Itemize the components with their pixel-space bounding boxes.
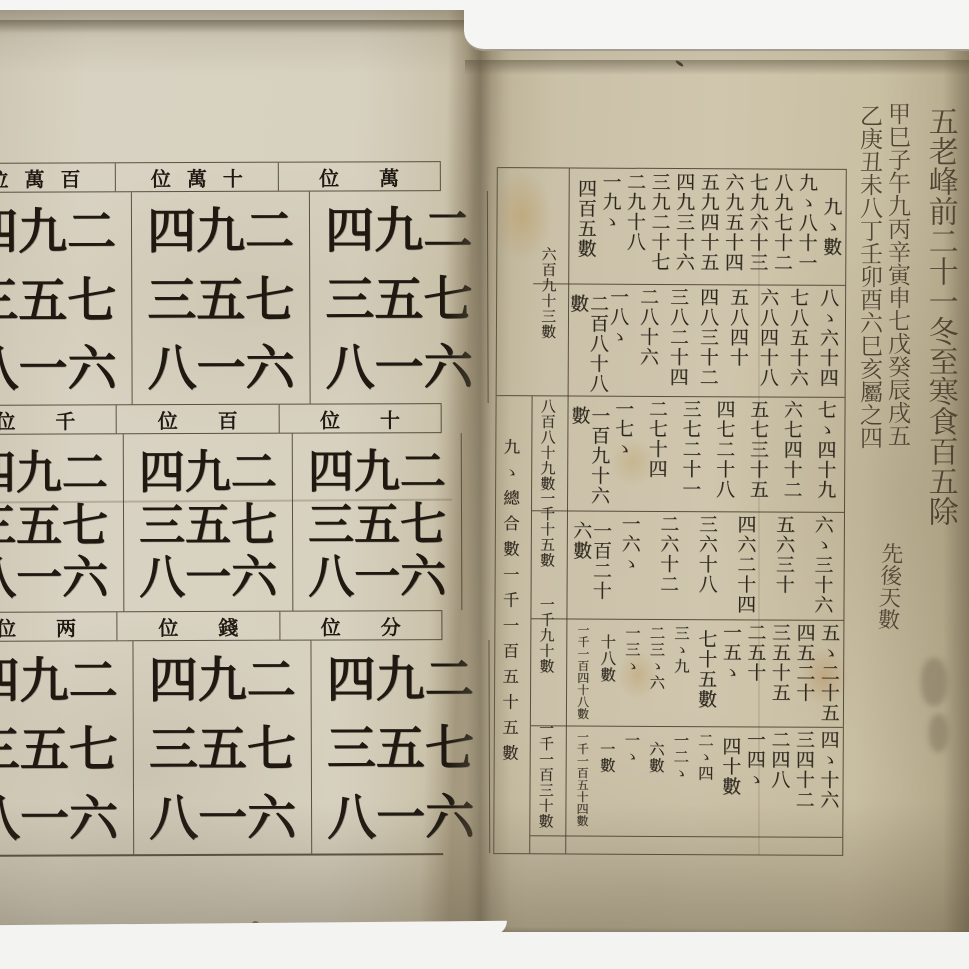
product-column-text: 六九五十四 xyxy=(722,172,743,284)
magic-square-cell: 四九二三五七八一六 xyxy=(0,434,124,612)
place-value-header-char: 百 xyxy=(60,163,80,192)
row-total-column-text: 四十數 xyxy=(719,729,739,836)
product-column-text: 四六二十四 xyxy=(734,514,754,619)
product-column-text: 七八五十六 xyxy=(787,288,808,397)
margin-note-phrase: 甲巳子午九 xyxy=(884,102,910,217)
square-digit: 二 xyxy=(423,206,472,255)
product-column-text: 九ゝ八十一 xyxy=(795,173,816,285)
times-band: 九ゝ數九ゝ八十一八九七十二七九六十三六九五十四五九四十五四九三十六三九二十七二九… xyxy=(570,168,845,284)
product-column-text: 七九六十三 xyxy=(746,172,767,284)
square-digit: 二 xyxy=(231,449,277,495)
product-column: 一八ゝ xyxy=(602,287,633,396)
product-column: 五七三十五 xyxy=(740,399,774,511)
place-value-header: 位萬十 xyxy=(116,163,278,192)
product-column: 一六ゝ xyxy=(609,514,648,619)
square-digits-row: 三五七 xyxy=(139,501,277,547)
product-column-text: 二五十 xyxy=(744,622,764,726)
square-digit: 二 xyxy=(245,207,294,256)
square-digit: 六 xyxy=(424,343,473,392)
square-digit: 六 xyxy=(67,344,116,393)
place-value-header-char: 十 xyxy=(380,404,400,433)
product-column-text: 六七四十二 xyxy=(780,400,801,512)
product-column: 四七二十八 xyxy=(706,399,740,511)
product-column: 三五十五 xyxy=(766,623,791,727)
place-value-header-char: 位 xyxy=(0,163,9,192)
place-value-header: 位錢 xyxy=(118,612,280,641)
square-digit: 三 xyxy=(149,725,198,774)
square-digit: 七 xyxy=(62,502,108,548)
product-column: 六ゝ三十六 xyxy=(802,515,841,620)
margin-mnemonic-column-2: 乙庚丑未八丁壬卯酉六巳亥屬之四 xyxy=(856,104,882,449)
margin-note-phrase: 乙庚丑未八 xyxy=(856,104,882,219)
row-total-column: 二百八十八數 xyxy=(572,286,603,395)
product-column-text: 八ゝ六十四 xyxy=(817,288,838,397)
place-value-header-char: 位 xyxy=(0,612,16,641)
cumulative-inline-total: 一千一百四十八數 xyxy=(570,621,595,725)
product-column-text: 五八四十 xyxy=(727,287,748,396)
place-value-header-char: 两 xyxy=(56,612,76,641)
product-column-text: 三八二十四 xyxy=(667,287,688,396)
square-digit: 一 xyxy=(376,793,425,842)
magic-square-cell: 四九二三五七八一六 xyxy=(310,191,489,404)
square-digit: 三 xyxy=(139,502,185,548)
product-column: 五九四十五 xyxy=(695,172,720,284)
square-digit: 四 xyxy=(308,448,354,494)
square-digit: 八 xyxy=(139,554,185,600)
row-total-column-text: 四百五數 xyxy=(574,171,595,283)
place-value-header: 位萬 xyxy=(278,162,440,191)
grand-total-text: 九ゝ總合數一千一百五十五數 xyxy=(500,438,518,770)
magic-square-cell: 四九二三五七八一六 xyxy=(0,641,134,855)
product-column: 七ゝ四十九 xyxy=(807,400,841,512)
product-column-text: 八九七十二 xyxy=(771,173,792,285)
square-digit: 六 xyxy=(400,553,446,599)
product-column-text: 二六十二 xyxy=(657,514,677,619)
page-top-edge-shadow xyxy=(0,20,470,33)
product-column-text: 一七ゝ xyxy=(612,399,633,511)
cumulative-total: 六百九十三數 xyxy=(540,246,557,339)
product-column: 五ゝ二十五 xyxy=(815,623,840,727)
magic-square-cell: 四九二三五七八一六 xyxy=(293,433,463,611)
square-digit: 九 xyxy=(16,449,62,495)
times-band: 八ゝ六十四七八五十六六八四十八五八四十四八三十二三八二十四二八十六一八ゝ二百八十… xyxy=(570,283,845,396)
cumulative-total: 一千十五數 xyxy=(539,490,556,568)
square-digit: 三 xyxy=(325,275,374,324)
cumulative-inline-total-text: 一千一百五十四數 xyxy=(575,729,588,836)
square-digits-row: 八一六 xyxy=(326,343,473,393)
product-column: 九ゝ八十一 xyxy=(793,173,818,285)
product-column-text: 四七二十八 xyxy=(713,399,734,511)
product-column: 八九七十二 xyxy=(769,173,794,285)
square-digit: 二 xyxy=(247,656,296,705)
square-digits-row: 四九二 xyxy=(0,207,116,257)
square-digits-row: 四九二 xyxy=(147,207,294,257)
cumulative-total: 一千一百三十數 xyxy=(537,720,554,829)
square-digits-row: 八一六 xyxy=(149,794,296,844)
product-column: 四五二十 xyxy=(791,623,816,727)
square-digit: 一 xyxy=(20,794,69,843)
product-column-text: 二四八 xyxy=(768,730,788,837)
product-column: 一五ゝ xyxy=(717,622,742,726)
square-digits-row: 四九二 xyxy=(149,656,296,706)
square-digit: 三 xyxy=(0,726,20,775)
square-digit: 四 xyxy=(325,206,374,255)
row-total-column-text: 一百二十六數 xyxy=(570,513,610,618)
place-value-header-row: 位萬百位萬十位萬 xyxy=(0,161,441,192)
product-column: 六八四十八 xyxy=(752,287,783,396)
square-digit: 五 xyxy=(198,725,247,774)
place-value-header-char: 萬 xyxy=(24,163,44,192)
margin-note-phrase: 丙辛寅申七 xyxy=(884,217,910,332)
square-digit: 六 xyxy=(62,554,108,600)
product-column-text: 二八十六 xyxy=(637,287,658,396)
small-total-column: 一數 xyxy=(594,729,619,836)
small-product-column-text: 一二ゝ xyxy=(672,729,689,836)
square-digit: 六 xyxy=(69,794,118,843)
small-product-column: 二ゝ四 xyxy=(692,729,717,836)
place-value-header-row: 位千位百位十 xyxy=(0,403,442,434)
product-column: 七八五十六 xyxy=(782,288,813,397)
product-column-text: 五七三十五 xyxy=(747,399,768,511)
square-digit: 五 xyxy=(16,502,62,548)
square-digit: 八 xyxy=(327,793,376,842)
square-digit: 七 xyxy=(425,724,474,773)
cumulative-total: 一千九十數 xyxy=(538,596,555,674)
place-value-header-char: 位 xyxy=(321,611,341,640)
place-value-header-char: 千 xyxy=(55,405,75,434)
square-digits-row: 八一六 xyxy=(0,344,117,394)
square-digit: 一 xyxy=(18,344,67,393)
square-digit: 一 xyxy=(354,553,400,599)
row-total-column: 四十數 xyxy=(717,729,742,836)
margin-note-phrase: 戊癸辰戌五 xyxy=(884,332,910,447)
margin-note-phrase: 丁壬卯酉六 xyxy=(856,219,882,334)
product-column: 三四十二 xyxy=(790,730,815,837)
place-value-header: 位千 xyxy=(0,405,117,434)
square-digit: 九 xyxy=(18,207,67,256)
square-digit: 七 xyxy=(423,275,472,324)
square-digit: 八 xyxy=(0,555,16,601)
cumulative-inline-total: 一千一百五十四數 xyxy=(569,728,594,835)
square-digit: 五 xyxy=(376,724,425,773)
margin-note-label: 先後天數 xyxy=(874,541,904,630)
place-value-header-char: 位 xyxy=(151,163,171,192)
square-digit: 二 xyxy=(425,655,474,704)
page-top-edge-shadow xyxy=(465,60,969,75)
small-product-column-text: 二三ゝ六 xyxy=(648,622,665,726)
square-digit: 九 xyxy=(20,656,69,705)
product-column-text: 一六ゝ xyxy=(618,514,638,619)
manuscript-photo: 位萬百位萬十位萬四九二三五七八一六四九二三五七八一六四九二三五七八一六位千位百位… xyxy=(0,0,969,969)
cumulative-inline-total-text: 一千一百四十八數 xyxy=(576,622,589,726)
square-digit: 二 xyxy=(62,449,108,495)
product-column: 二八十六 xyxy=(632,287,663,396)
place-value-header-char: 萬 xyxy=(379,162,399,191)
product-column-text: 二九十八 xyxy=(624,172,645,284)
product-column-text: 一五ゝ xyxy=(719,622,739,726)
product-column: 二四八 xyxy=(766,730,791,837)
square-digit: 八 xyxy=(149,794,198,843)
square-digit: 四 xyxy=(147,207,196,256)
square-digit: 六 xyxy=(425,793,474,842)
product-column-text: 六八四十八 xyxy=(757,287,778,396)
product-column: 二七十四 xyxy=(639,399,673,511)
small-total-column-text: 一數 xyxy=(598,729,615,836)
square-digits-row: 四九二 xyxy=(327,655,474,705)
row-total-column-text: 一百九十六數 xyxy=(568,398,608,510)
square-digit: 五 xyxy=(185,501,231,547)
square-digit: 三 xyxy=(308,501,354,547)
page-right-edge-shadow xyxy=(943,10,969,932)
small-total-column-text: 六數 xyxy=(647,729,664,836)
small-product-column: 一二ゝ xyxy=(667,729,692,836)
row-total-column: 七十五數 xyxy=(693,622,718,726)
product-column: 一七ゝ xyxy=(605,399,639,511)
place-value-header: 位十 xyxy=(279,404,441,433)
product-column: 四ゝ十六 xyxy=(815,730,840,837)
product-column-text: 三七二十一 xyxy=(679,399,700,511)
place-value-header-char: 位 xyxy=(320,404,340,433)
product-column-text: 三九二十七 xyxy=(648,172,669,284)
square-digits-row: 三五七 xyxy=(325,275,472,325)
square-digit: 四 xyxy=(149,656,198,705)
product-column: 四八三十二 xyxy=(692,287,723,396)
square-digit: 二 xyxy=(69,656,118,705)
product-column-text: 五六三十 xyxy=(773,515,793,620)
square-digits-row: 四九二 xyxy=(139,449,277,495)
margin-mnemonic-column-1: 甲巳子午九丙辛寅申七戊癸辰戌五 xyxy=(884,102,910,447)
square-digit: 七 xyxy=(245,275,294,324)
square-digit: 九 xyxy=(196,207,245,256)
product-column: 三八二十四 xyxy=(662,287,693,396)
row-total-column-text: 七十五數 xyxy=(695,622,715,726)
square-digit: 八 xyxy=(308,553,354,599)
square-digit: 五 xyxy=(20,725,69,774)
product-column: 五六三十 xyxy=(763,514,802,619)
square-digits-row: 三五七 xyxy=(327,724,474,774)
times-band: 七ゝ四十九六七四十二五七三十五四七二十八三七二十一二七十四一七ゝ一百九十六數 xyxy=(569,395,844,511)
product-column-text: 二七十四 xyxy=(645,399,666,511)
square-digit: 八 xyxy=(147,344,196,393)
square-digit: 一 xyxy=(185,554,231,600)
small-product-column-text: 一三ゝ xyxy=(623,622,640,726)
square-digit: 三 xyxy=(0,276,18,325)
square-digit: 九 xyxy=(354,448,400,494)
product-column-text: 七ゝ四十九 xyxy=(814,400,835,512)
small-product-column-text: 二ゝ四 xyxy=(696,729,713,836)
times-band: 五ゝ二十五四五二十三五十五二五十一五ゝ七十五數三ゝ九二三ゝ六一三ゝ十八數一千一百… xyxy=(568,618,843,726)
place-value-header-row: 位两位錢位分 xyxy=(0,610,442,641)
square-digit: 九 xyxy=(374,206,423,255)
square-digits-row: 八一六 xyxy=(0,554,108,600)
square-digit: 五 xyxy=(374,275,423,324)
square-digit: 三 xyxy=(147,276,196,325)
place-value-header-char: 十 xyxy=(223,162,243,191)
left-page-table: 位萬百位萬十位萬四九二三五七八一六四九二三五七八一六四九二三五七八一六位千位百位… xyxy=(0,161,443,857)
product-column: 八ゝ六十四 xyxy=(812,288,843,397)
small-product-column: 三ゝ九 xyxy=(668,622,693,726)
magic-square-cell: 四九二三五七八一六 xyxy=(312,640,491,854)
margin-note-phrase: 巳亥屬之四 xyxy=(856,334,882,449)
square-digits-row: 四九二 xyxy=(0,449,108,495)
square-digit: 六 xyxy=(246,344,295,393)
square-digit: 九 xyxy=(376,655,425,704)
magic-square-cell: 四九二三五七八一六 xyxy=(132,192,311,405)
product-column: 五八四十 xyxy=(722,287,753,396)
place-value-header-char: 百 xyxy=(218,404,238,433)
square-digit: 六 xyxy=(231,554,277,600)
square-digits-row: 三五七 xyxy=(0,276,116,326)
place-value-header-char: 位 xyxy=(0,405,15,434)
place-value-header: 位两 xyxy=(0,612,118,641)
product-column: 一九ゝ xyxy=(597,172,622,284)
table-header-column: 九ゝ數 xyxy=(818,173,843,285)
magic-square-row: 四九二三五七八一六四九二三五七八一六四九二三五七八一六 xyxy=(0,639,443,857)
small-total-column-text: 十八數 xyxy=(599,622,616,726)
place-value-header-char: 位 xyxy=(319,162,339,191)
magic-square-row: 四九二三五七八一六四九二三五七八一六四九二三五七八一六 xyxy=(0,432,442,612)
square-digit: 六 xyxy=(247,794,296,843)
square-digit: 九 xyxy=(198,656,247,705)
square-digit: 三 xyxy=(327,724,376,773)
grand-total-column: 九ゝ總合數一千一百五十五數 xyxy=(500,438,530,774)
square-digit: 五 xyxy=(354,501,400,547)
small-total-column: 十八數 xyxy=(594,622,619,726)
paper-background: 位萬百位萬十位萬四九二三五七八一六四九二三五七八一六四九二三五七八一六位千位百位… xyxy=(0,10,969,932)
square-digits-row: 三五七 xyxy=(308,501,446,547)
small-total-column: 六數 xyxy=(643,729,668,836)
small-product-column: 一ゝ xyxy=(618,729,643,836)
row-total-column: 一百九十六數 xyxy=(571,398,605,510)
square-digit: 四 xyxy=(0,657,20,706)
square-digit: 七 xyxy=(69,725,118,774)
product-column-text: 四五二十 xyxy=(793,623,813,727)
square-digits-row: 八一六 xyxy=(139,554,277,600)
place-value-header: 位分 xyxy=(280,611,442,640)
magic-square-cell: 四九二三五七八一六 xyxy=(134,641,313,855)
product-column-text: 四ゝ十六 xyxy=(817,730,837,837)
square-digit: 一 xyxy=(198,794,247,843)
square-digit: 四 xyxy=(139,449,185,495)
product-column: 七九六十三 xyxy=(744,172,769,284)
small-product-column-text: 一ゝ xyxy=(623,729,640,836)
square-digits-row: 四九二 xyxy=(308,448,446,494)
product-column-text: 三五十五 xyxy=(769,623,789,727)
small-product-column-text: 三ゝ九 xyxy=(672,622,689,726)
square-digits-row: 三五七 xyxy=(0,502,108,548)
square-digit: 二 xyxy=(67,207,116,256)
product-column: 二六十二 xyxy=(648,514,687,619)
square-digit: 九 xyxy=(185,449,231,495)
square-digit: 一 xyxy=(16,554,62,600)
square-digit: 四 xyxy=(0,208,18,257)
multiplication-table: 九ゝ數九ゝ八十一八九七十二七九六十三六九五十四五九四十五四九三十六三九二十七二九… xyxy=(493,167,847,856)
square-digits-row: 四九二 xyxy=(0,656,118,706)
small-product-column: 一三ゝ xyxy=(619,622,644,726)
times-band: 六ゝ三十六五六三十四六二十四三六十八二六十二一六ゝ一百二十六數 xyxy=(568,510,843,619)
product-column: 四九三十六 xyxy=(670,172,695,284)
photo-white-border-top-right xyxy=(464,0,969,51)
place-value-header: 位萬百 xyxy=(0,163,116,192)
square-digit: 一 xyxy=(375,343,424,392)
product-column-text: 一四ゝ xyxy=(743,729,763,836)
square-digits-row: 八一六 xyxy=(308,553,446,599)
square-digit: 七 xyxy=(231,501,277,547)
product-column-text: 三六十八 xyxy=(695,514,715,619)
square-digit: 三 xyxy=(0,502,16,548)
product-column: 三六十八 xyxy=(686,514,725,619)
place-value-header-char: 位 xyxy=(158,612,178,641)
square-digits-row: 四九二 xyxy=(325,206,472,256)
product-column-text: 五ゝ二十五 xyxy=(818,623,838,727)
magic-square-cell: 四九二三五七八一六 xyxy=(0,192,133,405)
table-header-column-text: 九ゝ數 xyxy=(820,173,841,285)
square-digit: 七 xyxy=(247,725,296,774)
square-digits-row: 八一六 xyxy=(0,794,118,844)
product-column: 三九二十七 xyxy=(646,172,671,284)
product-column-text: 一九ゝ xyxy=(599,172,620,284)
magic-square-row: 四九二三五七八一六四九二三五七八一六四九二三五七八一六 xyxy=(0,190,442,405)
square-digit: 二 xyxy=(400,448,446,494)
product-column-text: 三四十二 xyxy=(793,730,813,837)
product-column: 三七二十一 xyxy=(672,399,706,511)
square-digit: 四 xyxy=(0,450,16,496)
row-total-column: 四百五數 xyxy=(572,171,597,283)
product-column-text: 五九四十五 xyxy=(697,172,718,284)
square-digit: 一 xyxy=(196,344,245,393)
square-digits-row: 八一六 xyxy=(327,793,474,843)
square-digit: 七 xyxy=(67,276,116,325)
product-column-text: 六ゝ三十六 xyxy=(811,515,831,620)
square-digit: 八 xyxy=(0,795,20,844)
product-column: 一四ゝ xyxy=(741,729,766,836)
square-digits-row: 三五七 xyxy=(0,725,118,775)
place-value-header: 位百 xyxy=(117,405,279,434)
product-column: 六七四十二 xyxy=(774,400,808,512)
product-column: 二五十 xyxy=(742,622,767,726)
small-product-column: 二三ゝ六 xyxy=(644,622,669,726)
square-digit: 五 xyxy=(196,275,245,324)
square-digits-row: 三五七 xyxy=(149,725,296,775)
place-value-header-char: 分 xyxy=(381,611,401,640)
product-column: 二九十八 xyxy=(621,172,646,284)
square-digit: 五 xyxy=(18,276,67,325)
place-value-header-char: 錢 xyxy=(218,611,238,640)
product-column-text: 四八三十二 xyxy=(697,287,718,396)
square-digit: 四 xyxy=(327,655,376,704)
magic-square-cell: 四九二三五七八一六 xyxy=(124,434,294,612)
cumulative-total: 八百八十九數 xyxy=(539,398,556,491)
product-column-text: 四九三十六 xyxy=(673,172,694,284)
square-digit: 八 xyxy=(0,345,19,394)
product-column: 六九五十四 xyxy=(719,172,744,284)
times-band: 四ゝ十六三四十二二四八一四ゝ四十數二ゝ四一二ゝ六數一ゝ一數一千一百五十四數 xyxy=(567,725,842,836)
square-digits-row: 三五七 xyxy=(147,275,294,325)
product-column: 四六二十四 xyxy=(725,514,764,619)
row-total-column: 一百二十六數 xyxy=(570,513,609,618)
square-digit: 八 xyxy=(326,343,375,392)
place-value-header-char: 位 xyxy=(158,405,178,434)
square-digits-row: 八一六 xyxy=(147,344,294,394)
square-digit: 七 xyxy=(400,501,446,547)
place-value-header-char: 萬 xyxy=(187,162,207,191)
product-column-text: 一八ゝ xyxy=(607,287,628,396)
